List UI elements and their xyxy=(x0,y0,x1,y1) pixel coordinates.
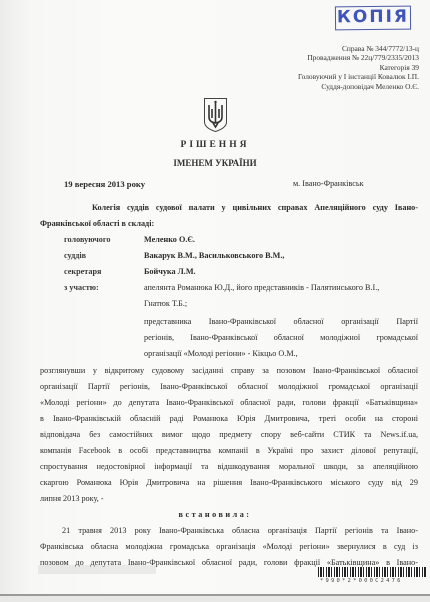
established-heading: встановила: xyxy=(0,510,430,520)
participant-line-1: апелянта Романюка Ю.Д., його представник… xyxy=(144,283,379,293)
decision-date: 19 вересня 2013 року xyxy=(64,179,145,189)
body-line-5: відповідача без самостійних вимог щодо п… xyxy=(40,430,418,440)
document-subtitle: ІМЕНЕМ УКРАЇНИ xyxy=(0,158,430,168)
body-line-2: організації Партії регіонів, Івано-Франк… xyxy=(40,382,418,392)
document-title: РІШЕННЯ xyxy=(0,140,430,150)
barcode xyxy=(318,567,426,577)
panel-value-presiding: Меленко О.Є. xyxy=(144,235,195,244)
copy-stamp: КОПІЯ xyxy=(335,6,411,31)
case-info-block: Справа № 344/7772/13-ц Провадження № 22ц… xyxy=(298,44,419,91)
first-instance-judge: Головуючий у І інстанції Ковалюк І.П. xyxy=(298,72,419,81)
panel-label-judges: суддів xyxy=(64,251,86,260)
body-line-1: розглянувши у відкритому судовому засіда… xyxy=(40,366,418,376)
body-line-7: спростування недостовірної інформації та… xyxy=(40,462,418,472)
proceeding-number: Провадження № 22ц/779/2335/2013 xyxy=(298,53,419,62)
trident-coat-of-arms-icon xyxy=(203,97,228,133)
bleed-through-shadow xyxy=(38,565,156,574)
intro-line-2: Франківської області в складі: xyxy=(40,219,154,229)
panel-label-secretary: секретаря xyxy=(64,267,101,276)
barcode-number: *990*2*000C2476 xyxy=(320,578,428,584)
document-page: КОПІЯ Справа № 344/7772/13-ц Провадження… xyxy=(0,0,430,594)
facts-line-2: Франківська обласна молодіжна громадська… xyxy=(40,542,418,552)
body-line-6: компанія Facebook в особі представництва… xyxy=(40,446,418,456)
participant-line-4: регіонів, Івано-Франківської обласної мо… xyxy=(144,333,418,343)
panel-label-presiding: головуючого xyxy=(64,235,110,244)
participant-line-3: представника Івано-Франківської обласної… xyxy=(144,317,418,327)
facts-line-1: 21 травня 2013 року Івано-Франківська об… xyxy=(62,526,418,536)
body-line-9: липня 2013 року, - xyxy=(40,494,104,504)
intro-line-1: Колегія суддів судової палати у цивільни… xyxy=(92,203,418,213)
panel-value-secretary: Бойчука Л.М. xyxy=(144,267,196,276)
body-line-4: в Івано-Франківській обласній раді Роман… xyxy=(40,414,418,424)
panel-value-judges: Вакарук В.М., Васильковського В.М., xyxy=(144,251,284,260)
panel-label-participants: з участю: xyxy=(64,283,99,292)
page-bottom-edge xyxy=(0,594,430,602)
case-number: Справа № 344/7772/13-ц xyxy=(298,44,419,53)
body-line-3: «Молоді регіони» до депутата Івано-Франк… xyxy=(40,398,418,408)
participant-line-5: організації «Молоді регіони» - Кікцьо О.… xyxy=(144,349,298,359)
rapporteur-judge: Суддя-доповідач Меленко О.Є. xyxy=(298,82,419,91)
category: Категорія 39 xyxy=(298,63,419,72)
decision-city: м. Івано-Франківськ xyxy=(293,179,364,188)
body-line-8: скаргою Романюка Юрія Дмитровича на ріше… xyxy=(40,478,418,488)
participant-line-2: Гнатюк Т.Б.; xyxy=(144,299,187,309)
